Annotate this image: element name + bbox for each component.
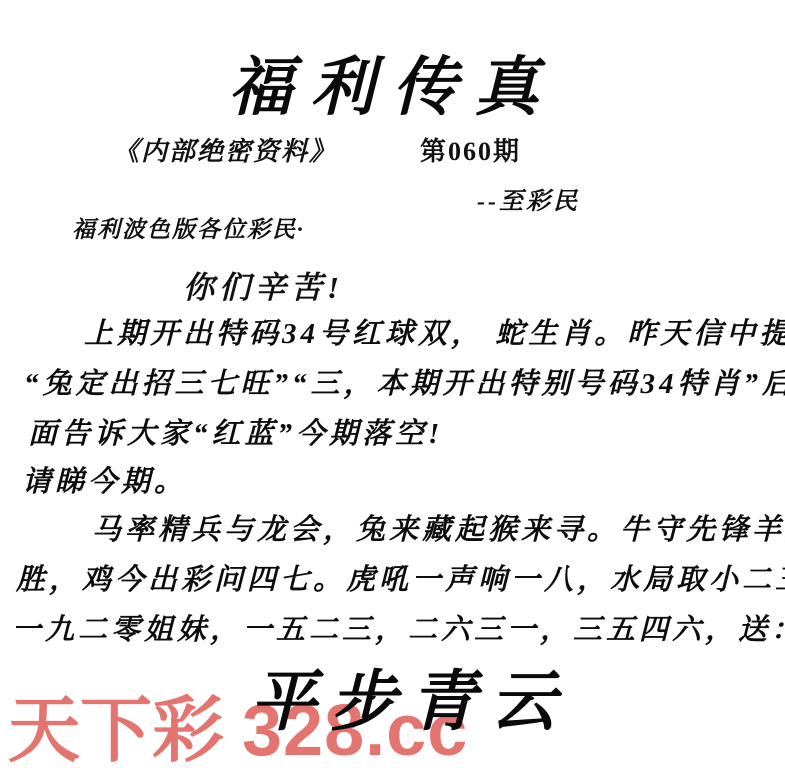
dedication-line: --至彩民 — [477, 181, 580, 216]
body-line: 面告诉大家“红蓝”今期落空! — [28, 411, 443, 452]
fax-document-sheet: 福利传真 《内部绝密资料》 第060期 --至彩民 福利波色版各位彩民· 你们辛… — [0, 0, 785, 772]
classification-label: 《内部绝密资料》 — [113, 131, 337, 168]
body-line: 一九二零姐妹，一五二三，二六三一，三五四六，送：红绿 — [12, 607, 785, 648]
watermark-site-name: 天下彩 — [8, 691, 224, 771]
body-line: 胜，鸡今出彩问四七。虎吼一声响一八，水局取小二三四。 — [16, 557, 785, 598]
audience-line: 福利波色版各位彩民· — [72, 211, 305, 244]
body-line: 马率精兵与龙会，兔来藏起猴来寻。牛守先锋羊定 — [92, 507, 785, 548]
document-title: 福利传真 — [0, 36, 785, 128]
greeting-line: 你们辛苦! — [183, 262, 344, 307]
body-line: “兔定出招三七旺”“三，本期开出特别号码34特肖”后 — [24, 361, 785, 402]
body-line: 上期开出特码34号红球双， 蛇生肖。昨天信中提供 — [84, 311, 785, 352]
issue-number: 第060期 — [420, 131, 521, 168]
footer-calligraphy: 平步青云 — [250, 648, 570, 743]
body-line: 请睇今期。 — [22, 459, 187, 500]
